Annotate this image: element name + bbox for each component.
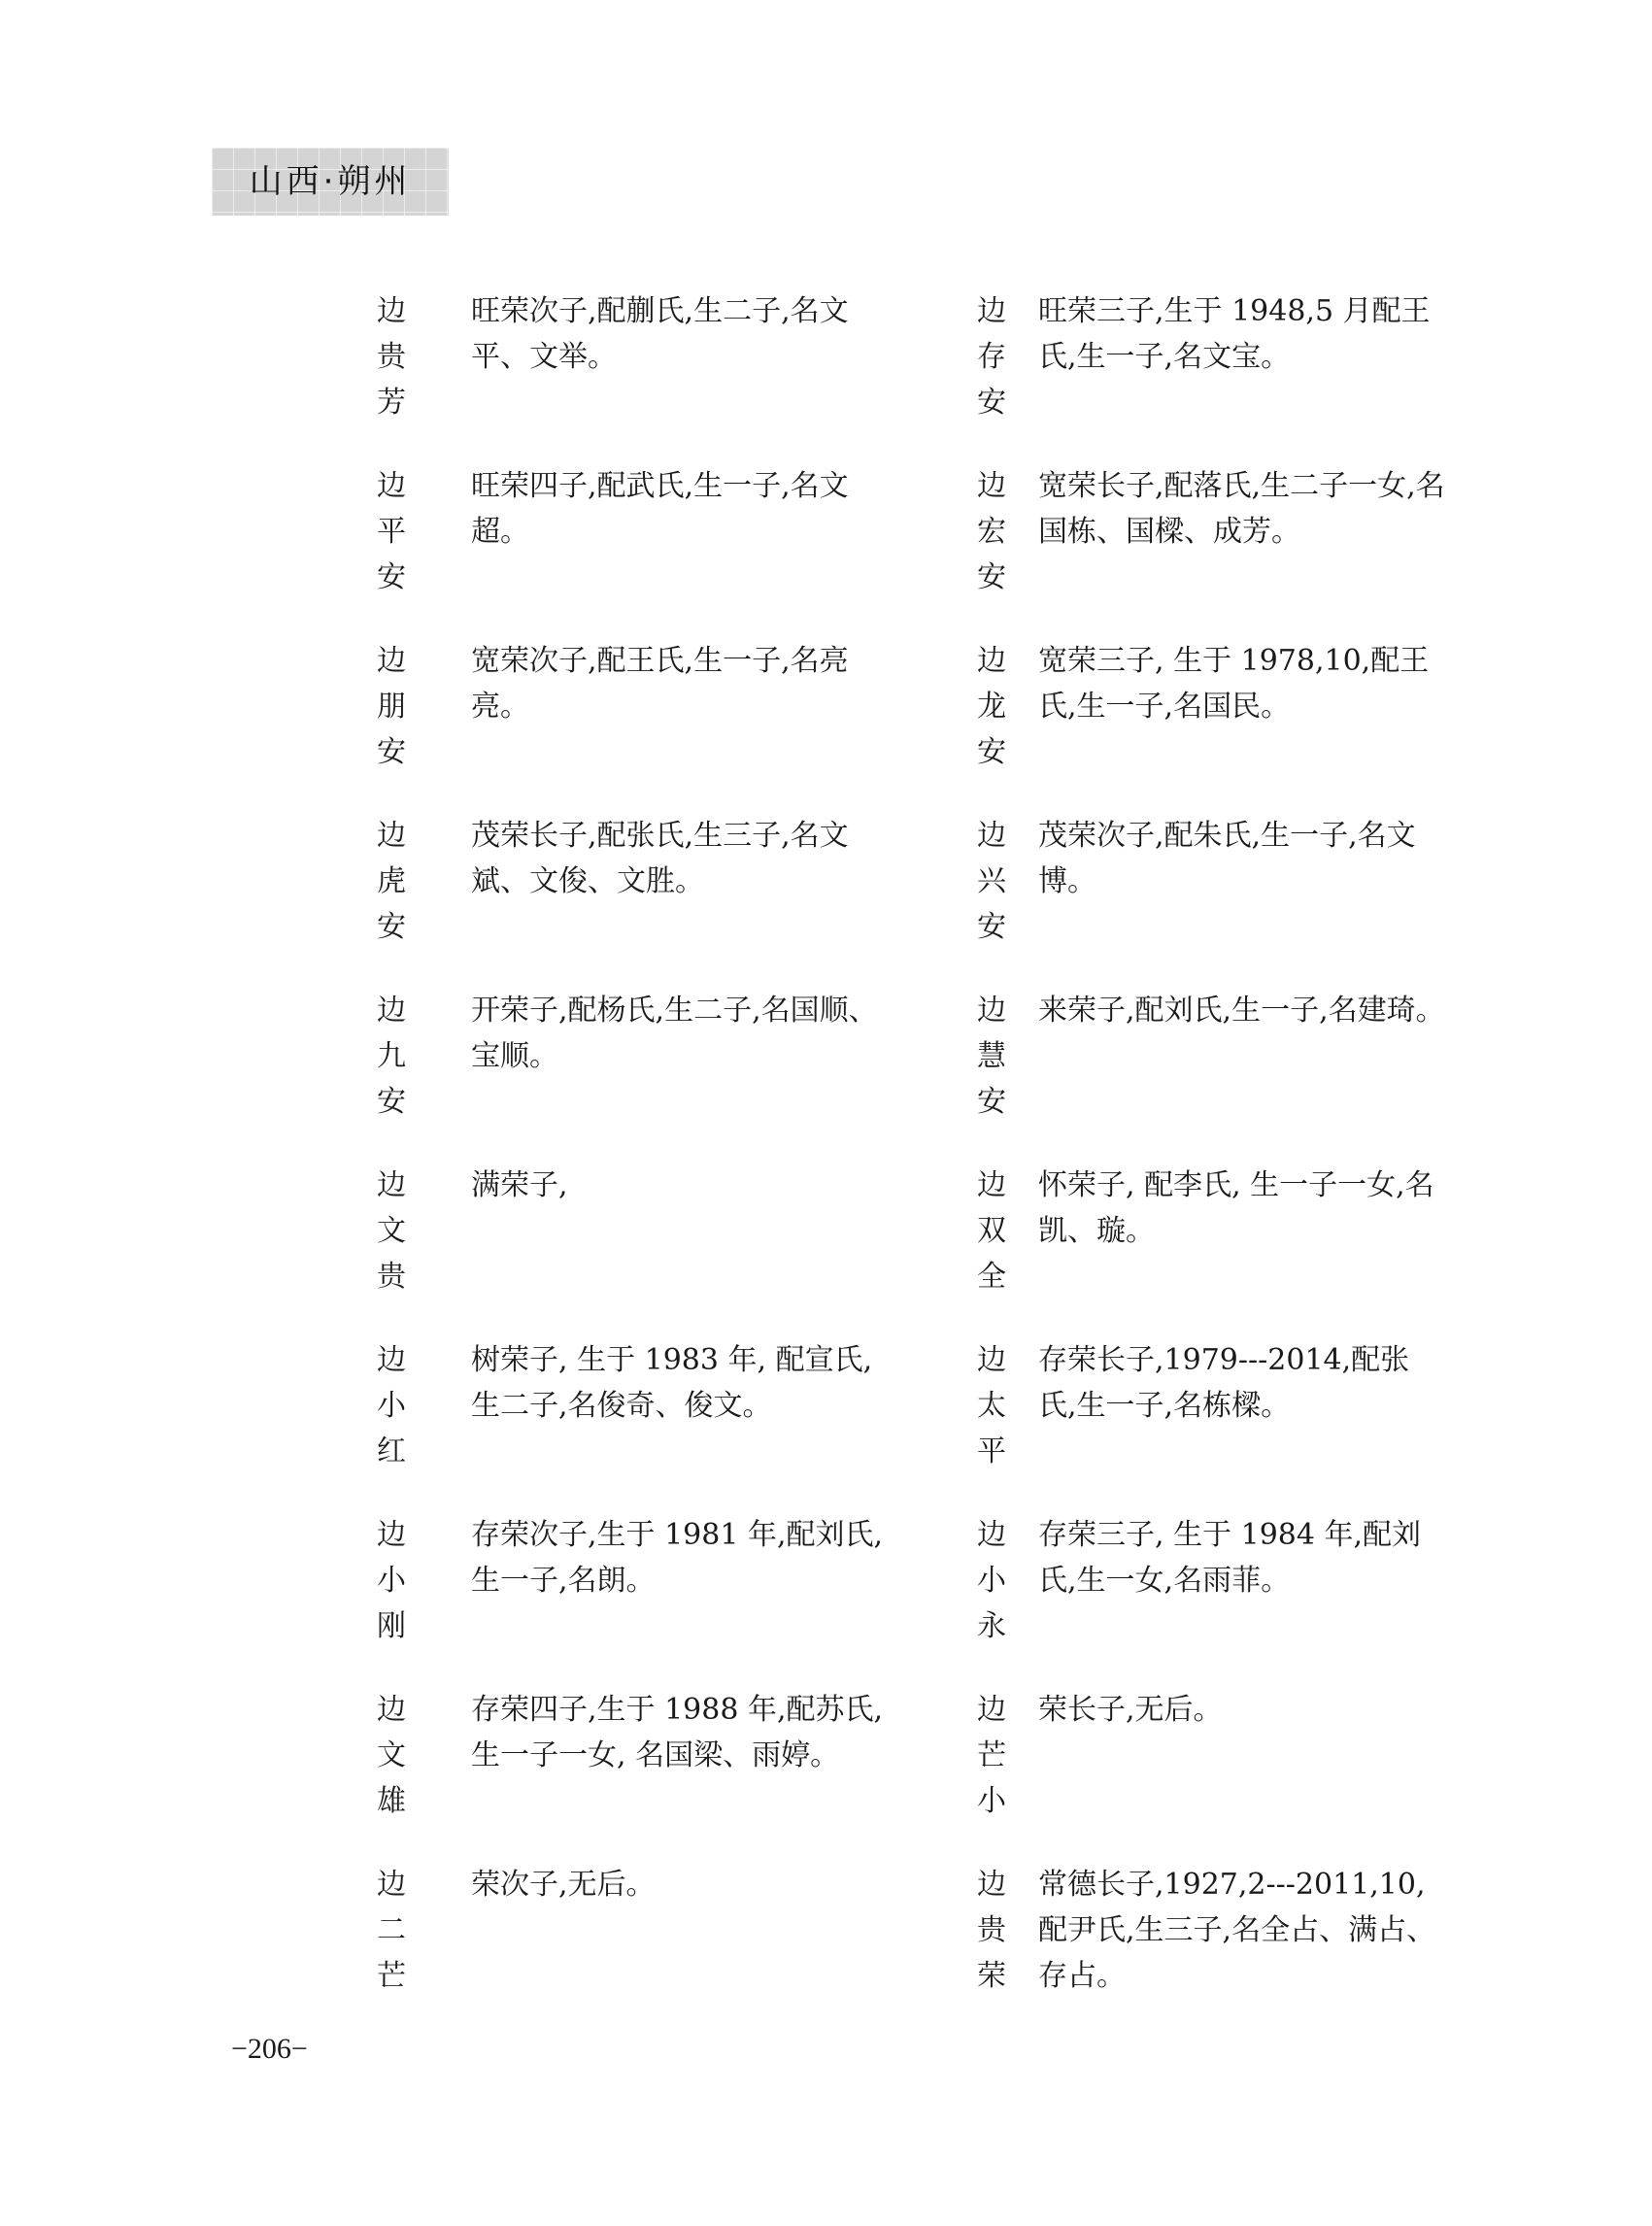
person-name: 边 贵 芳 (374, 288, 409, 425)
person-description: 宽荣长子,配落氏,生二子一女,名国栋、国樑、成芳。 (1038, 463, 1446, 555)
entry-left-10: 边 二 芒 荣次子,无后。 (374, 1862, 889, 2007)
entry-right-3: 边 龙 安 宽荣三子, 生于 1978,10,配王氏,生一子,名国民。 (974, 638, 1450, 784)
person-name: 边 龙 安 (974, 638, 1009, 775)
entry-left-9: 边 文 雄 存荣四子,生于 1988 年,配苏氏, 生一子一女, 名国梁、雨婷。 (374, 1687, 889, 1833)
entry-left-8: 边 小 刚 存荣次子,生于 1981 年,配刘氏,生一子,名朗。 (374, 1512, 889, 1658)
person-description: 存荣三子, 生于 1984 年,配刘氏,生一女,名雨菲。 (1038, 1512, 1446, 1603)
person-name: 边 小 刚 (374, 1512, 409, 1649)
person-name: 边 小 红 (374, 1337, 409, 1474)
person-description: 存荣长子,1979---2014,配张氏,生一子,名栋樑。 (1038, 1337, 1446, 1429)
entry-right-9: 边 芒 小 荣长子,无后。 (974, 1687, 1450, 1833)
person-name: 边 双 全 (974, 1163, 1009, 1299)
entry-right-4: 边 兴 安 茂荣次子,配朱氏,生一子,名文博。 (974, 813, 1450, 959)
person-name: 边 太 平 (974, 1337, 1009, 1474)
person-name: 边 贵 荣 (974, 1862, 1009, 1999)
person-name: 边 文 贵 (374, 1163, 409, 1299)
person-description: 宽荣三子, 生于 1978,10,配王氏,生一子,名国民。 (1038, 638, 1446, 729)
person-description: 旺荣次子,配蒯氏,生二子,名文平、文举。 (471, 288, 884, 380)
entry-right-10: 边 贵 荣 常德长子,1927,2---2011,10,配尹氏,生三子,名全占、… (974, 1862, 1450, 2007)
person-description: 茂荣次子,配朱氏,生一子,名文博。 (1038, 813, 1446, 904)
entry-left-6: 边 文 贵 满荣子, (374, 1163, 889, 1308)
entry-left-3: 边 朋 安 宽荣次子,配王氏,生一子,名亮亮。 (374, 638, 889, 784)
entry-left-2: 边 平 安 旺荣四子,配武氏,生一子,名文超。 (374, 463, 889, 609)
entry-left-7: 边 小 红 树荣子, 生于 1983 年, 配宣氏,生二子,名俊奇、俊文。 (374, 1337, 889, 1483)
person-name: 边 虎 安 (374, 813, 409, 950)
person-description: 荣次子,无后。 (471, 1862, 884, 1907)
person-description: 来荣子,配刘氏,生一子,名建琦。 (1038, 988, 1446, 1033)
section-header-box: 山西·朔州 (212, 148, 449, 216)
person-description: 存荣次子,生于 1981 年,配刘氏,生一子,名朗。 (471, 1512, 884, 1603)
entry-right-2: 边 宏 安 宽荣长子,配落氏,生二子一女,名国栋、国樑、成芳。 (974, 463, 1450, 609)
person-description: 存荣四子,生于 1988 年,配苏氏, 生一子一女, 名国梁、雨婷。 (471, 1687, 884, 1778)
entry-right-1: 边 存 安 旺荣三子,生于 1948,5 月配王氏,生一子,名文宝。 (974, 288, 1450, 434)
person-description: 树荣子, 生于 1983 年, 配宣氏,生二子,名俊奇、俊文。 (471, 1337, 884, 1429)
entry-left-5: 边 九 安 开荣子,配杨氏,生二子,名国顺、宝顺。 (374, 988, 889, 1133)
person-name: 边 宏 安 (974, 463, 1009, 600)
person-description: 开荣子,配杨氏,生二子,名国顺、宝顺。 (471, 988, 884, 1079)
entry-left-1: 边 贵 芳 旺荣次子,配蒯氏,生二子,名文平、文举。 (374, 288, 889, 434)
person-name: 边 平 安 (374, 463, 409, 600)
person-name: 边 九 安 (374, 988, 409, 1125)
entry-right-8: 边 小 永 存荣三子, 生于 1984 年,配刘氏,生一女,名雨菲。 (974, 1512, 1450, 1658)
entry-right-7: 边 太 平 存荣长子,1979---2014,配张氏,生一子,名栋樑。 (974, 1337, 1450, 1483)
person-name: 边 朋 安 (374, 638, 409, 775)
page-number: −206− (231, 2032, 308, 2067)
person-description: 怀荣子, 配李氏, 生一子一女,名凯、璇。 (1038, 1163, 1446, 1254)
person-description: 满荣子, (471, 1163, 884, 1208)
person-name: 边 存 安 (974, 288, 1009, 425)
person-description: 旺荣三子,生于 1948,5 月配王氏,生一子,名文宝。 (1038, 288, 1446, 380)
person-description: 旺荣四子,配武氏,生一子,名文超。 (471, 463, 884, 555)
section-title: 山西·朔州 (250, 165, 412, 198)
person-name: 边 二 芒 (374, 1862, 409, 1999)
person-description: 茂荣长子,配张氏,生三子,名文斌、文俊、文胜。 (471, 813, 884, 904)
person-description: 宽荣次子,配王氏,生一子,名亮亮。 (471, 638, 884, 729)
entry-right-5: 边 慧 安 来荣子,配刘氏,生一子,名建琦。 (974, 988, 1450, 1133)
entry-right-6: 边 双 全 怀荣子, 配李氏, 生一子一女,名凯、璇。 (974, 1163, 1450, 1308)
person-name: 边 小 永 (974, 1512, 1009, 1649)
person-description: 荣长子,无后。 (1038, 1687, 1446, 1733)
entry-left-4: 边 虎 安 茂荣长子,配张氏,生三子,名文斌、文俊、文胜。 (374, 813, 889, 959)
person-description: 常德长子,1927,2---2011,10,配尹氏,生三子,名全占、满占、存占。 (1038, 1862, 1446, 1999)
person-name: 边 慧 安 (974, 988, 1009, 1125)
person-name: 边 兴 安 (974, 813, 1009, 950)
person-name: 边 芒 小 (974, 1687, 1009, 1824)
person-name: 边 文 雄 (374, 1687, 409, 1824)
